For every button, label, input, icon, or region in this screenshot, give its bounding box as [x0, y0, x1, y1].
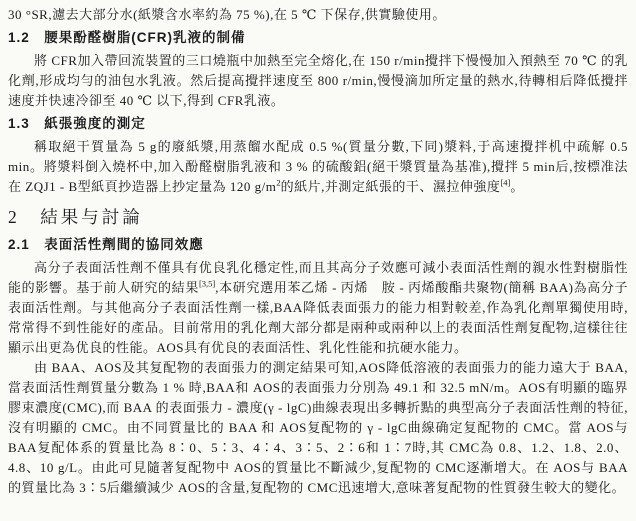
paragraph-surface-tension-cmc-results: 由 BAA、AOS及其复配物的表面張力的測定結果可知,AOS降低溶液的表面張力的… — [8, 358, 628, 498]
document-page: 30 °SR,濾去大部分水(紙漿含水率約為 75 %),在 5 ℃ 下保存,供實… — [0, 0, 636, 521]
text-run: 由 BAA、AOS及其复配物的表面張力的測定結果可知,AOS降低溶液的表面張力的… — [8, 360, 628, 495]
superscript-reference: [3,5] — [199, 279, 215, 289]
paragraph-cfr-emulsion-preparation: 將 CFR加入帶回流裝置的三口燒瓶中加熱至完全熔化,在 150 r/min攪拌下… — [8, 51, 628, 111]
text-run: 將 CFR加入帶回流裝置的三口燒瓶中加熱至完全熔化,在 150 r/min攪拌下… — [8, 53, 628, 108]
text-run: 1.2 腰果酚醛樹脂(CFR)乳液的制備 — [8, 30, 246, 45]
superscript-reference: [4] — [500, 178, 510, 188]
section-2-heading: 2 結果与討論 — [8, 206, 628, 229]
text-run: 30 °SR,濾去大部分水(紙漿含水率約為 75 %),在 5 ℃ 下保存,供實… — [8, 7, 446, 22]
section-1-3-heading: 1.3 紙張強度的測定 — [8, 115, 628, 133]
text-run: 。 — [510, 179, 524, 194]
paragraph-synergy-baa-selection: 高分子表面活性劑不僅具有优良乳化穩定性,而且其高分子效應可減小表面活性劑的親水性… — [8, 258, 628, 358]
text-run: 2.1 表面活性劑間的協同效應 — [8, 237, 204, 252]
section-1-2-heading: 1.2 腰果酚醛樹脂(CFR)乳液的制備 — [8, 29, 628, 47]
text-run: 2 結果与討論 — [8, 207, 143, 227]
text-run: 1.3 紙張強度的測定 — [8, 116, 146, 131]
paragraph-paper-strength-measurement: 稱取絕干質量為 5 g的廢紙漿,用蒸餾水配成 0.5 %(質量分數,下同)漿料,… — [8, 137, 628, 197]
scanned-paper-page: { "page": { "background": "#fafaf7", "in… — [0, 0, 636, 521]
paragraph-pulp-storage-continuation: 30 °SR,濾去大部分水(紙漿含水率約為 75 %),在 5 ℃ 下保存,供實… — [8, 5, 628, 25]
section-2-1-heading: 2.1 表面活性劑間的協同效應 — [8, 236, 628, 254]
text-run: 的紙片,并測定紙張的干、濕拉伸強度 — [281, 179, 501, 194]
